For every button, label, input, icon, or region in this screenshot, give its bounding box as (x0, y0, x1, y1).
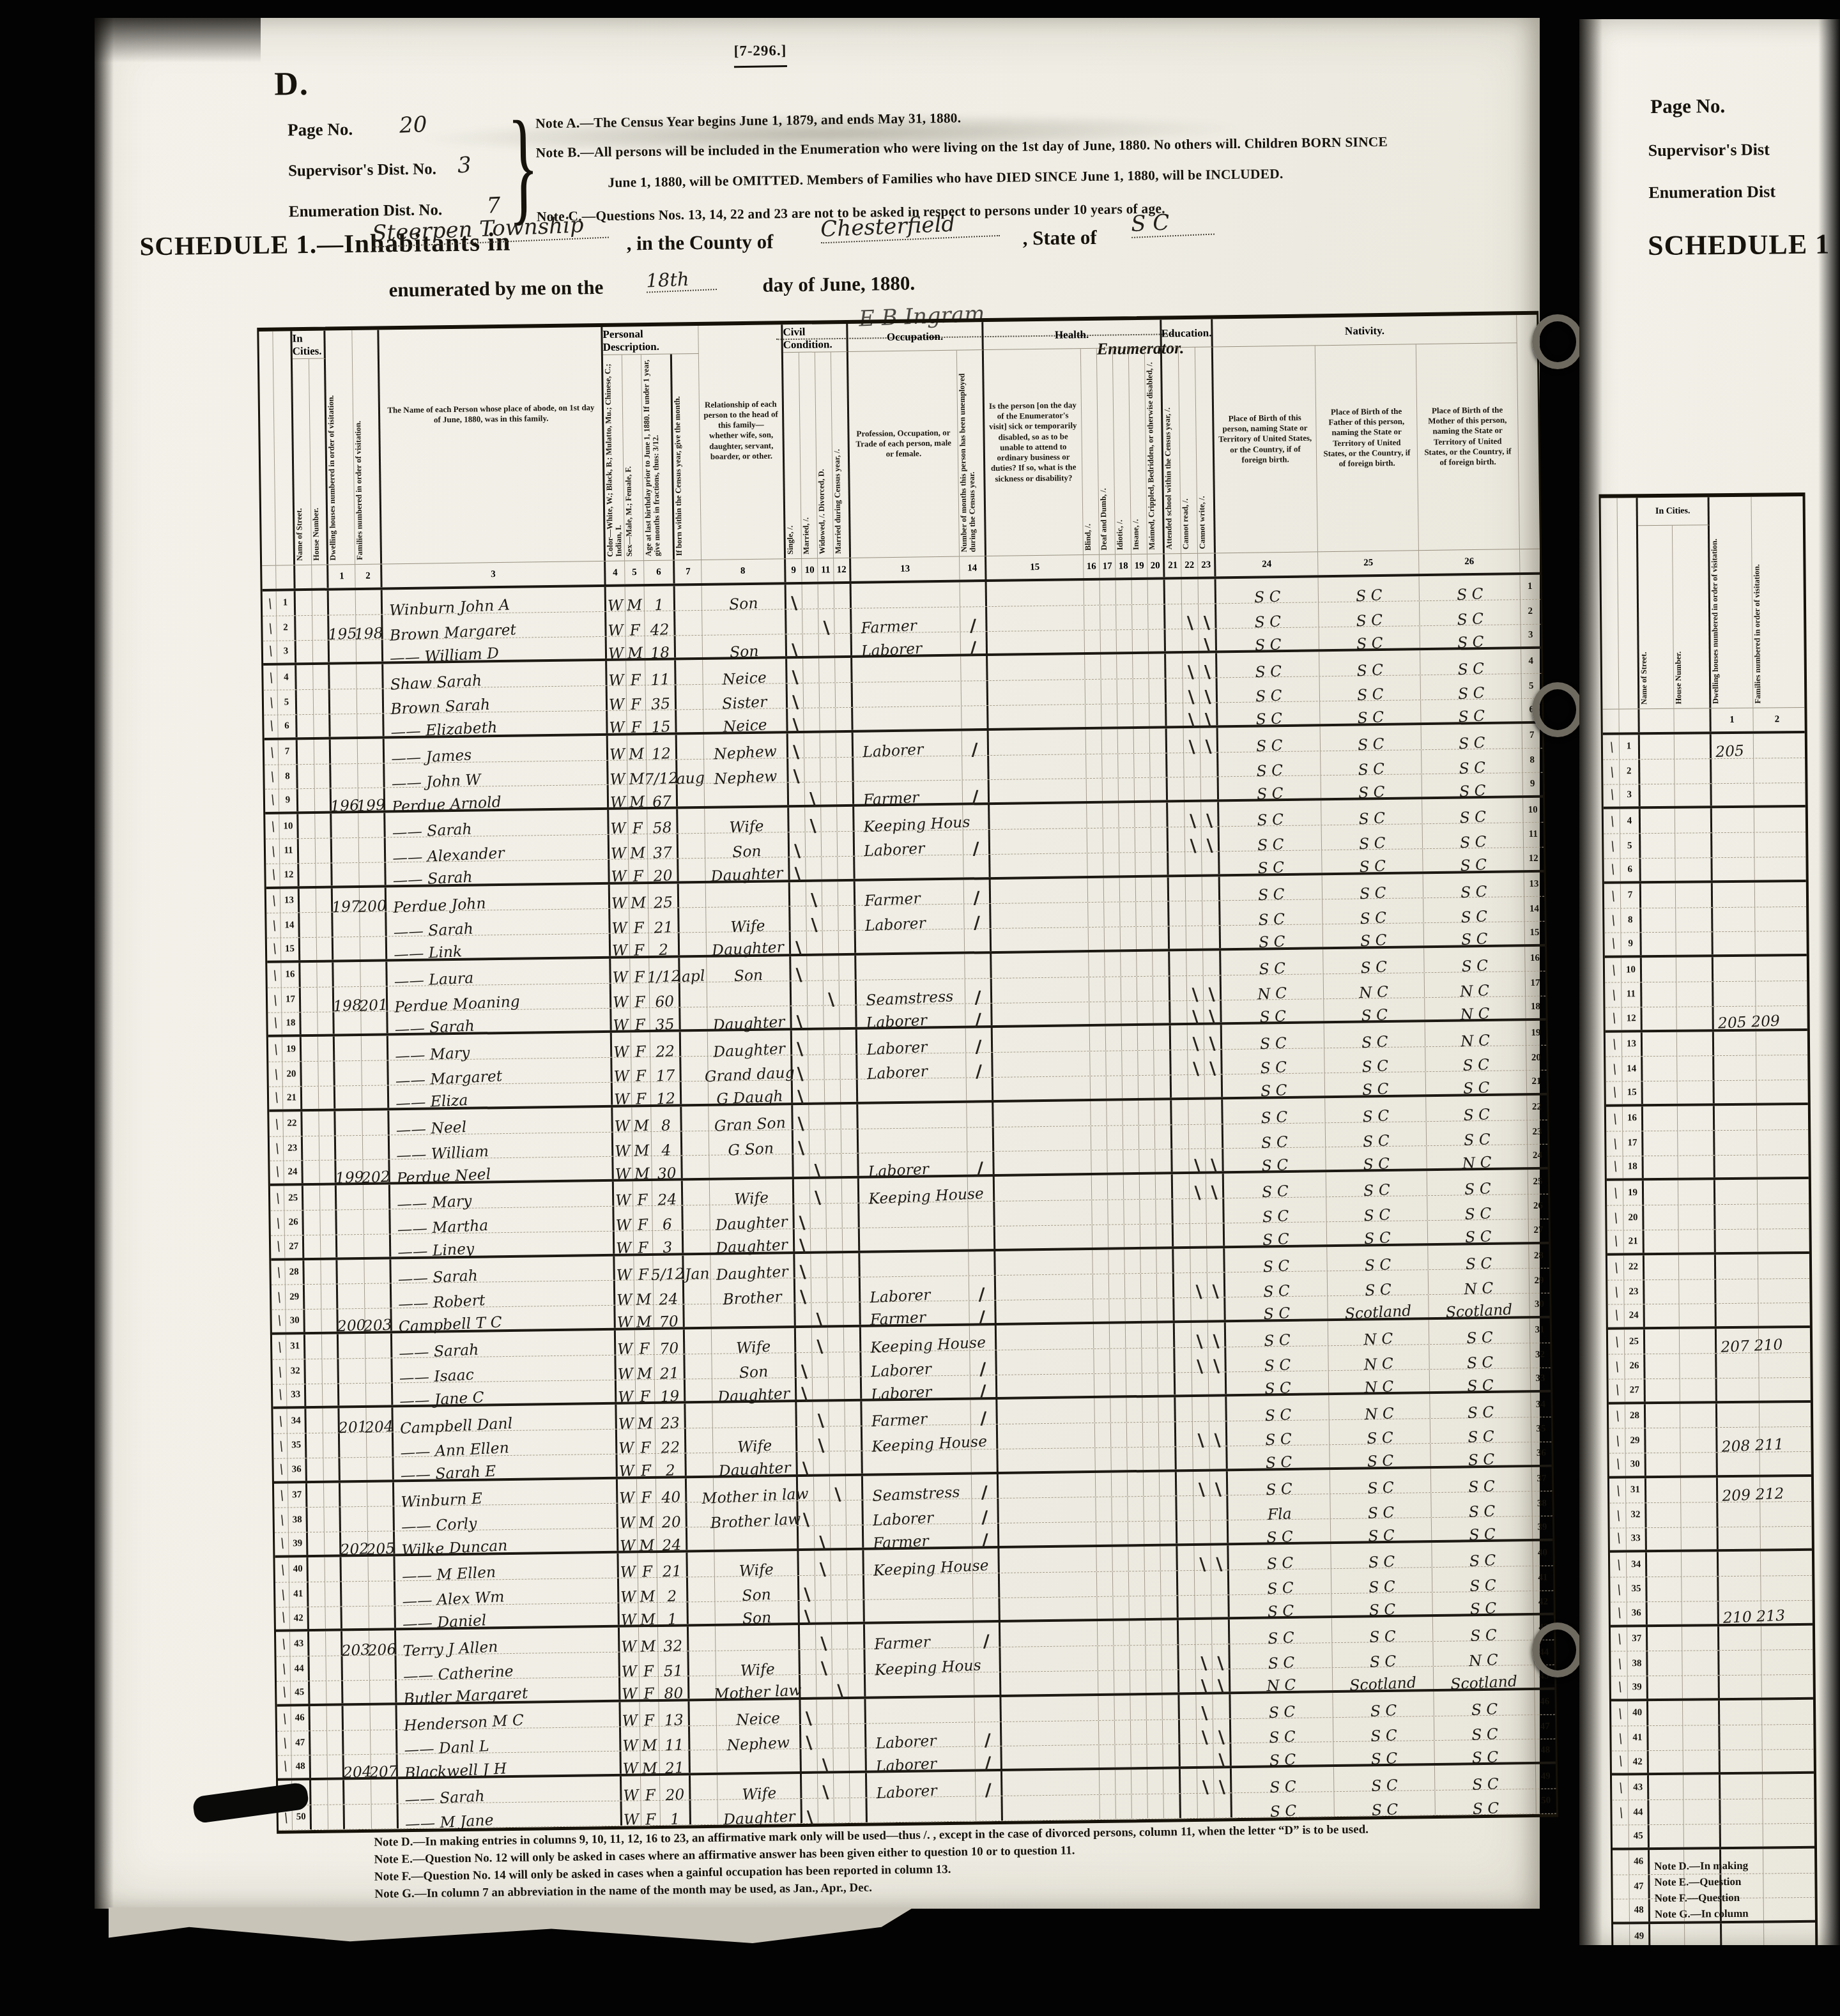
row-number: 22 (1629, 1262, 1638, 1272)
cell-c12 (847, 1575, 864, 1600)
row-number: 1 (1627, 742, 1632, 752)
cell-color: W (618, 1504, 637, 1528)
cell-street (299, 864, 316, 886)
right-cell-house (1681, 1453, 1718, 1475)
cell-p2: S C (1330, 1493, 1431, 1519)
right-cell-num: 24 (1625, 1304, 1645, 1327)
cell-rel: Mother law (716, 1675, 801, 1699)
cell-tick: \ (267, 938, 281, 961)
right-cell-num: 37 (1627, 1627, 1648, 1651)
cell-c10: \ (805, 807, 821, 832)
cell-rel: Neice (703, 708, 788, 732)
cell-occ: Laborer (866, 1747, 975, 1771)
cell-color: W (615, 1231, 634, 1253)
cell-street (306, 1384, 323, 1406)
cell-name: Perdue Arnold (385, 785, 609, 810)
hand-entry: Daughter (718, 1460, 791, 1479)
right-header-house: House Number. (1673, 525, 1711, 708)
header-col-dwell: Dwelling houses numbered in order of vis… (325, 330, 355, 565)
right-cell-house (1683, 1700, 1720, 1725)
cell-c12 (837, 807, 854, 831)
cell-rel: Nephew (704, 733, 788, 759)
cell-c20 (1157, 1274, 1174, 1298)
cell-c18 (1116, 605, 1132, 629)
cell-c18 (1131, 1769, 1147, 1794)
cell-street (306, 1409, 323, 1433)
cell-month (689, 1651, 716, 1676)
cell-color: W (608, 735, 627, 760)
hand-entry: F (640, 1389, 650, 1405)
cell-month (682, 1081, 709, 1104)
right-cell-dwell (1713, 957, 1756, 981)
row-number: 15 (285, 943, 295, 954)
cell-p3: S C (1424, 922, 1525, 945)
cell-month (687, 1552, 714, 1577)
cell-c14: / (969, 1301, 996, 1323)
cell-c9: \ (788, 708, 804, 731)
mark-entry: / (980, 1383, 986, 1400)
cell-p3: S C (1425, 1046, 1526, 1071)
column-number: 21 (1168, 560, 1177, 571)
cell-street (303, 1186, 320, 1210)
right-cell-fam (1759, 1303, 1806, 1325)
cell-c20 (1158, 1373, 1176, 1395)
tick-mark: \ (1617, 1780, 1625, 1796)
right-cell-house (1683, 1799, 1721, 1824)
column-number: 2 (365, 570, 371, 581)
cell-c19 (1138, 1100, 1154, 1124)
row-number: 16 (1530, 953, 1540, 964)
mark-entry: / (977, 1160, 983, 1177)
cell-tick: \ (277, 1731, 291, 1755)
cell-dwell (337, 1259, 364, 1283)
cell-dwell (341, 1483, 367, 1507)
tick-mark: \ (1613, 1359, 1621, 1375)
cell-c11 (831, 1575, 847, 1600)
cell-c11 (828, 1352, 844, 1377)
mark-entry: \ (277, 1439, 285, 1455)
cell-numR: 46 (1535, 1690, 1554, 1714)
cell-c23 (1206, 1124, 1223, 1149)
cell-tick: \ (264, 740, 279, 764)
cell-c9: \ (793, 1129, 809, 1154)
cell-c11 (832, 1625, 848, 1649)
cell-num: 11 (280, 839, 299, 863)
cell-month: apl (680, 958, 707, 982)
cell-p3: S C (1423, 823, 1524, 848)
cell-occ: Laborer (863, 1499, 972, 1525)
right-cell-num: 44 (1629, 1800, 1649, 1824)
cell-num: 34 (287, 1409, 306, 1433)
hand-entry: W (617, 1315, 633, 1331)
right-census-row: \22 (1607, 1254, 1809, 1281)
colnum-dwell: 1 (328, 565, 355, 588)
cell-c14: / (970, 1350, 997, 1375)
cell-c9 (786, 609, 802, 634)
cell-c19 (1134, 753, 1150, 777)
header-col-num (273, 331, 295, 565)
hand-entry: S C (1266, 1529, 1294, 1545)
right-cell-dwell: 205 209 (1713, 1006, 1756, 1028)
group-cols-education: Attended school within the Census year, … (1162, 347, 1216, 553)
mark-entry: \ (280, 1661, 288, 1677)
cell-c14: / (970, 1375, 997, 1397)
right-cell-fam (1758, 1254, 1805, 1278)
cell-c17 (1107, 1150, 1123, 1173)
row-number: 16 (1627, 1113, 1637, 1124)
form-number: [7-296.] (733, 42, 786, 68)
cell-c17 (1105, 952, 1121, 976)
cell-c20 (1149, 629, 1166, 652)
footnote-line: Note D.—In making (1654, 1858, 1748, 1874)
cell-c12 (846, 1476, 863, 1500)
hand-entry: 210 213 (1723, 1608, 1786, 1626)
right-cell-house (1677, 1057, 1714, 1081)
row-number: 28 (1534, 1251, 1544, 1262)
cell-c14: / (960, 607, 987, 631)
cell-c20 (1163, 1745, 1180, 1767)
cell-p3: S C (1434, 1690, 1535, 1716)
header-label-c9: Single, /. (783, 353, 801, 558)
cell-sick (991, 903, 1088, 928)
tick-mark: \ (1617, 1754, 1625, 1770)
right-cell-street (1649, 1800, 1683, 1824)
row-number: 19 (1531, 1028, 1540, 1039)
cell-c17 (1105, 977, 1121, 1001)
cell-c19 (1147, 1769, 1163, 1794)
right-header-label-fam: Families numbered in order of visitation… (1752, 496, 1801, 708)
cell-dwell (330, 714, 357, 737)
cell-fam (364, 1234, 391, 1256)
row-number: 17 (1627, 1138, 1637, 1149)
right-cell-house (1680, 1403, 1717, 1428)
cell-c23: \ (1204, 975, 1222, 1000)
cell-c19 (1140, 1224, 1156, 1246)
cell-fam (360, 912, 387, 936)
cell-p3: S C (1429, 1343, 1530, 1369)
cell-dwell (337, 1185, 364, 1209)
right-cell-num: 35 (1627, 1577, 1647, 1601)
cell-c23 (1209, 1446, 1227, 1469)
column-number: 2 (1775, 714, 1780, 725)
cell-c19 (1139, 1125, 1155, 1149)
right-cell-house (1675, 809, 1712, 833)
cell-c19 (1136, 902, 1152, 926)
right-cell-house (1676, 933, 1713, 955)
row-number: 26 (1533, 1201, 1543, 1212)
column-number: 25 (1363, 558, 1373, 569)
right-cell-street (1646, 1428, 1680, 1453)
census-table: In Cities.Name of Street.House Number.Dw… (257, 311, 1558, 1834)
cell-c21 (1168, 802, 1184, 827)
hand-entry: F (643, 1686, 654, 1702)
group-title-occupation: Occupation. (848, 322, 984, 352)
cell-p3: S C (1428, 1244, 1529, 1270)
row-number: 2 (283, 623, 288, 634)
mark-entry: \ (1188, 712, 1195, 729)
cell-color: W (607, 636, 626, 659)
cell-c23 (1209, 1397, 1227, 1421)
cell-name: —— Corly (394, 1504, 618, 1531)
cell-color: W (621, 1752, 640, 1774)
cell-c17 (1111, 1447, 1127, 1470)
cell-p2: N C (1324, 973, 1425, 998)
cell-occ (859, 1127, 967, 1153)
row-number: 29 (1630, 1435, 1639, 1446)
cell-color: W (619, 1603, 638, 1625)
right-cell-street (1649, 1775, 1683, 1799)
cell-num: 39 (289, 1532, 308, 1555)
cell-dwell (342, 1582, 369, 1606)
right-cell-street (1650, 1924, 1685, 1945)
cell-color: W (622, 1776, 641, 1801)
hand-entry: S C (1468, 1452, 1495, 1468)
cell-p3: S C (1432, 1591, 1533, 1615)
cell-c19 (1137, 952, 1153, 976)
cell-c22 (1186, 876, 1202, 901)
cell-sick (992, 977, 1089, 1003)
cell-c22: \ (1188, 1050, 1204, 1074)
cell-name: —— William (390, 1132, 613, 1159)
cell-c9: \ (790, 832, 806, 857)
mark-entry: \ (279, 1587, 287, 1603)
cell-c21 (1172, 1075, 1188, 1097)
cell-sex: M (640, 1751, 659, 1773)
cell-sex: F (627, 685, 646, 710)
cell-c11 (825, 1104, 841, 1129)
cell-fam (371, 1730, 397, 1754)
cell-c12 (836, 733, 854, 757)
right-cell-tick: \ (1605, 958, 1621, 982)
right-cell-street (1642, 958, 1676, 982)
right-cell-street (1644, 1230, 1679, 1253)
right-cell-dwell: 205 (1712, 734, 1754, 758)
hand-entry: W (618, 1389, 634, 1405)
right-cell-num: 27 (1625, 1379, 1646, 1401)
cell-c21 (1181, 1794, 1197, 1818)
cell-tick: \ (270, 1210, 284, 1235)
cell-c16 (1094, 1398, 1110, 1423)
mark-entry: \ (816, 1311, 823, 1328)
cell-c11 (834, 1773, 850, 1798)
cell-c12 (843, 1278, 861, 1302)
cell-tick: \ (263, 666, 277, 690)
cell-c12 (838, 881, 855, 905)
cell-c11: \ (818, 609, 834, 633)
cell-c17 (1101, 704, 1117, 726)
cell-street (304, 1235, 321, 1258)
right-cell-dwell (1718, 1502, 1760, 1526)
right-cell-num: 47 (1629, 1875, 1650, 1899)
cell-c9: \ (798, 1501, 814, 1525)
group-cols-occupation: Profession, Occupation, or Trade of each… (848, 350, 986, 558)
cell-color: W (612, 1033, 631, 1057)
cell-c18 (1130, 1621, 1146, 1645)
right-cell-tick: \ (1609, 1454, 1626, 1476)
cell-tick: \ (265, 790, 279, 812)
colnum-c19: 19 (1131, 554, 1147, 577)
cell-num: 25 (284, 1186, 303, 1210)
cell-c20 (1150, 753, 1167, 777)
cell-c9 (800, 1650, 816, 1674)
cell-occ (866, 1673, 974, 1697)
cell-c9 (799, 1526, 815, 1548)
cell-age: 18 (645, 636, 676, 658)
cell-numR: 24 (1528, 1145, 1547, 1167)
cell-rel: Neice (703, 659, 787, 685)
right-cell-num: 42 (1629, 1751, 1649, 1773)
right-cell-street (1646, 1502, 1681, 1527)
right-cell-dwell (1715, 1081, 1757, 1103)
cell-rel: Nephew (717, 1725, 801, 1750)
binder-ring (1532, 314, 1583, 369)
right-cell-tick (1613, 1900, 1630, 1922)
day-of-june-label: day of June, 1880. (762, 272, 915, 297)
cell-c14 (965, 929, 992, 951)
cell-c23 (1207, 1223, 1225, 1246)
right-cell-fam (1758, 1278, 1805, 1302)
cell-c18 (1117, 679, 1133, 703)
cell-p2: S C (1327, 1221, 1428, 1244)
cell-c22 (1189, 1124, 1206, 1149)
hand-entry: F (641, 1463, 652, 1479)
cell-rel: G Son (709, 1130, 793, 1156)
cell-age: 2 (649, 933, 680, 956)
cell-c10: \ (816, 1625, 832, 1649)
cell-c14: / (974, 1623, 1000, 1647)
tick-mark: \ (1609, 862, 1617, 878)
mark-entry: \ (822, 1757, 829, 1775)
cell-p2: S C (1324, 1023, 1425, 1048)
right-cell-tick (1613, 1850, 1629, 1874)
right-cell-street (1645, 1329, 1680, 1354)
right-census-row: \28 (1609, 1402, 1811, 1429)
cell-fam (356, 639, 383, 662)
cell-name: —— Sarah (388, 1008, 611, 1033)
cell-p3: S C (1434, 1715, 1535, 1741)
cell-sex: M (627, 735, 647, 760)
cell-sex: M (639, 1627, 658, 1651)
mark-entry: \ (279, 1536, 286, 1552)
row-number: 10 (1626, 965, 1636, 975)
cell-c12 (848, 1624, 865, 1649)
hand-entry: 200 (337, 1318, 366, 1335)
header-label-c23: Cannot write, /. (1195, 347, 1214, 553)
tick-mark: \ (1614, 1433, 1621, 1449)
cell-dwell (343, 1681, 370, 1703)
cell-c14 (967, 1078, 993, 1100)
row-number: 31 (1630, 1485, 1640, 1496)
cell-occ: Laborer (861, 1350, 970, 1376)
colnum-rel: 8 (701, 559, 786, 583)
right-cell-fam (1759, 1353, 1806, 1377)
cell-p1: N C (1222, 974, 1324, 1000)
cell-c11 (822, 832, 838, 856)
cell-c16 (1096, 1522, 1112, 1545)
hand-entry: S C (1468, 1527, 1496, 1543)
cell-sick (1001, 1671, 1098, 1695)
tick-mark: \ (1616, 1679, 1624, 1695)
cell-c16 (1098, 1646, 1114, 1670)
cell-c17 (1108, 1225, 1124, 1247)
right-cell-tick: \ (1611, 1652, 1627, 1676)
hand-entry: 204 (343, 1764, 372, 1781)
cell-house (323, 1384, 339, 1406)
right-cell-tick: \ (1612, 1751, 1629, 1773)
tick-mark: \ (1614, 1382, 1621, 1398)
cell-p2: N C (1329, 1394, 1430, 1419)
tick-mark: \ (1614, 1483, 1622, 1499)
cell-c22 (1197, 1744, 1213, 1766)
cell-numR: 26 (1528, 1195, 1547, 1219)
cell-c11 (820, 758, 836, 782)
header-col-p1: Place of Birth of this person, naming St… (1213, 346, 1318, 553)
cell-name: —— Sarah E (394, 1455, 617, 1479)
right-census-row: \17 (1606, 1130, 1808, 1157)
cell-sick (1001, 1696, 1098, 1722)
cell-c18 (1126, 1373, 1142, 1396)
mark-entry: \ (270, 867, 277, 883)
cell-house (326, 1681, 343, 1703)
cell-c12 (843, 1302, 861, 1325)
cell-p3: S C (1422, 749, 1522, 774)
cell-house (328, 1755, 344, 1778)
right-cell-tick: \ (1606, 1082, 1623, 1104)
row-number: 38 (293, 1515, 302, 1525)
cell-fam (362, 1061, 388, 1085)
row-number: 40 (1632, 1708, 1642, 1719)
right-cell-house (1682, 1527, 1719, 1550)
hand-entry: M (642, 1760, 658, 1776)
cell-c9 (789, 807, 805, 832)
mark-entry: \ (272, 993, 279, 1009)
cell-c22: \ (1194, 1546, 1211, 1570)
cell-sex: F (636, 1454, 655, 1476)
row-number: 18 (1531, 1002, 1540, 1012)
cell-c23 (1206, 1198, 1224, 1223)
cell-house (314, 739, 331, 763)
cell-c23 (1211, 1595, 1229, 1617)
right-cell-tick: \ (1604, 933, 1621, 956)
cell-p2: S C (1321, 725, 1422, 751)
cell-c12 (838, 906, 855, 930)
cell-fam (367, 1482, 394, 1506)
cell-c12 (841, 1154, 859, 1176)
cell-p3: S C (1423, 897, 1524, 922)
colnum-sex: 5 (625, 561, 644, 584)
right-census-row: \5 (1604, 832, 1805, 859)
cell-sick (994, 1126, 1091, 1152)
cell-c17 (1114, 1670, 1130, 1693)
cell-c23: \ (1213, 1719, 1231, 1743)
cell-name: Perdue John (387, 884, 610, 911)
cell-c21 (1166, 629, 1183, 652)
right-cell-num: 36 (1627, 1602, 1648, 1624)
row-number: 36 (292, 1464, 302, 1475)
cell-numR: 11 (1524, 823, 1543, 847)
cell-p3: S C (1430, 1442, 1531, 1466)
cell-street (296, 665, 313, 689)
cell-c16 (1091, 1126, 1107, 1150)
right-cell-num: 38 (1627, 1652, 1648, 1676)
cell-num: 2 (277, 616, 296, 640)
cell-rel: Grand daug (708, 1055, 792, 1081)
cell-c11 (829, 1426, 845, 1451)
cell-c20 (1154, 1051, 1171, 1075)
cell-house (314, 690, 330, 714)
right-cell-dwell (1717, 1403, 1759, 1427)
cell-rel (714, 1526, 799, 1550)
